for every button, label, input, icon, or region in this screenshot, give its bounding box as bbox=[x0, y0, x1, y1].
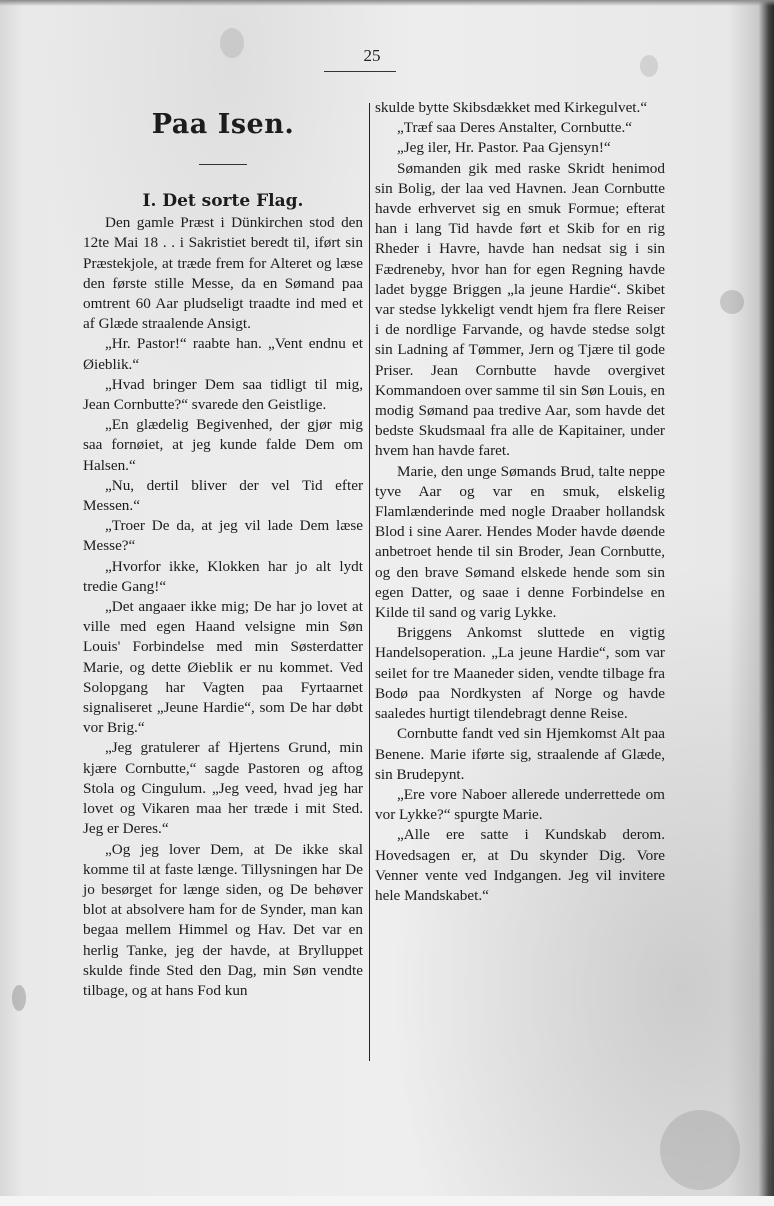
paragraph: „Træf saa Deres Anstalter, Cornbutte.“ bbox=[375, 118, 665, 138]
paper-stain bbox=[720, 290, 744, 314]
paragraph: „Troer De da, at jeg vil lade Dem læse M… bbox=[83, 516, 363, 556]
left-column: Paa Isen. I. Det sorte Flag. Den gamle P… bbox=[83, 98, 363, 1001]
paragraph: „Det angaaer ikke mig; De har jo lovet a… bbox=[83, 597, 363, 738]
column-divider bbox=[369, 103, 370, 1061]
paper-stain bbox=[220, 28, 244, 58]
paragraph: „Jeg iler, Hr. Pastor. Paa Gjensyn!“ bbox=[375, 138, 665, 158]
paragraph: „Nu, dertil bliver der vel Tid efter Mes… bbox=[83, 476, 363, 516]
paragraph: Briggens Ankomst sluttede en vigtig Hand… bbox=[375, 623, 665, 724]
paragraph: Den gamle Præst i Dünkirchen stod den 12… bbox=[83, 213, 363, 334]
paper-stain bbox=[660, 1110, 740, 1190]
paragraph: „Jeg gratulerer af Hjertens Grund, min k… bbox=[83, 738, 363, 839]
page-number: 25 bbox=[322, 46, 422, 66]
paragraph: „Ere vore Naboer allerede underrettede o… bbox=[375, 785, 665, 825]
paragraph-continuation: skulde bytte Skibsdækket med Kirkegulvet… bbox=[375, 98, 665, 118]
paper-stain bbox=[12, 985, 26, 1011]
title-divider bbox=[199, 164, 247, 165]
paragraph: „Hr. Pastor!“ raabte han. „Vent endnu et… bbox=[83, 334, 363, 374]
scan-bottom-edge bbox=[0, 1196, 774, 1206]
paragraph: „Hvorfor ikke, Klokken har jo alt lydt t… bbox=[83, 557, 363, 597]
paragraph: Sømanden gik med raske Skridt henimod si… bbox=[375, 159, 665, 462]
paragraph: „En glædelig Begivenhed, der gjør mig sa… bbox=[83, 415, 363, 476]
paragraph: „Alle ere satte i Kundskab derom. Hoveds… bbox=[375, 825, 665, 906]
chapter-heading: I. Det sorte Flag. bbox=[83, 191, 363, 211]
paper-stain bbox=[640, 55, 658, 77]
story-title: Paa Isen. bbox=[83, 108, 363, 142]
paragraph: „Hvad bringer Dem saa tidligt til mig, J… bbox=[83, 375, 363, 415]
scanned-book-page: 25 Paa Isen. I. Det sorte Flag. Den gaml… bbox=[0, 0, 774, 1206]
paragraph: Cornbutte fandt ved sin Hjemkomst Alt pa… bbox=[375, 724, 665, 785]
paragraph: „Og jeg lover Dem, at De ikke skal komme… bbox=[83, 840, 363, 1002]
scan-top-edge bbox=[0, 0, 774, 6]
right-column: skulde bytte Skibsdækket med Kirkegulvet… bbox=[375, 98, 665, 906]
paragraph: Marie, den unge Sømands Brud, talte nepp… bbox=[375, 462, 665, 624]
page-number-underline bbox=[324, 71, 396, 72]
